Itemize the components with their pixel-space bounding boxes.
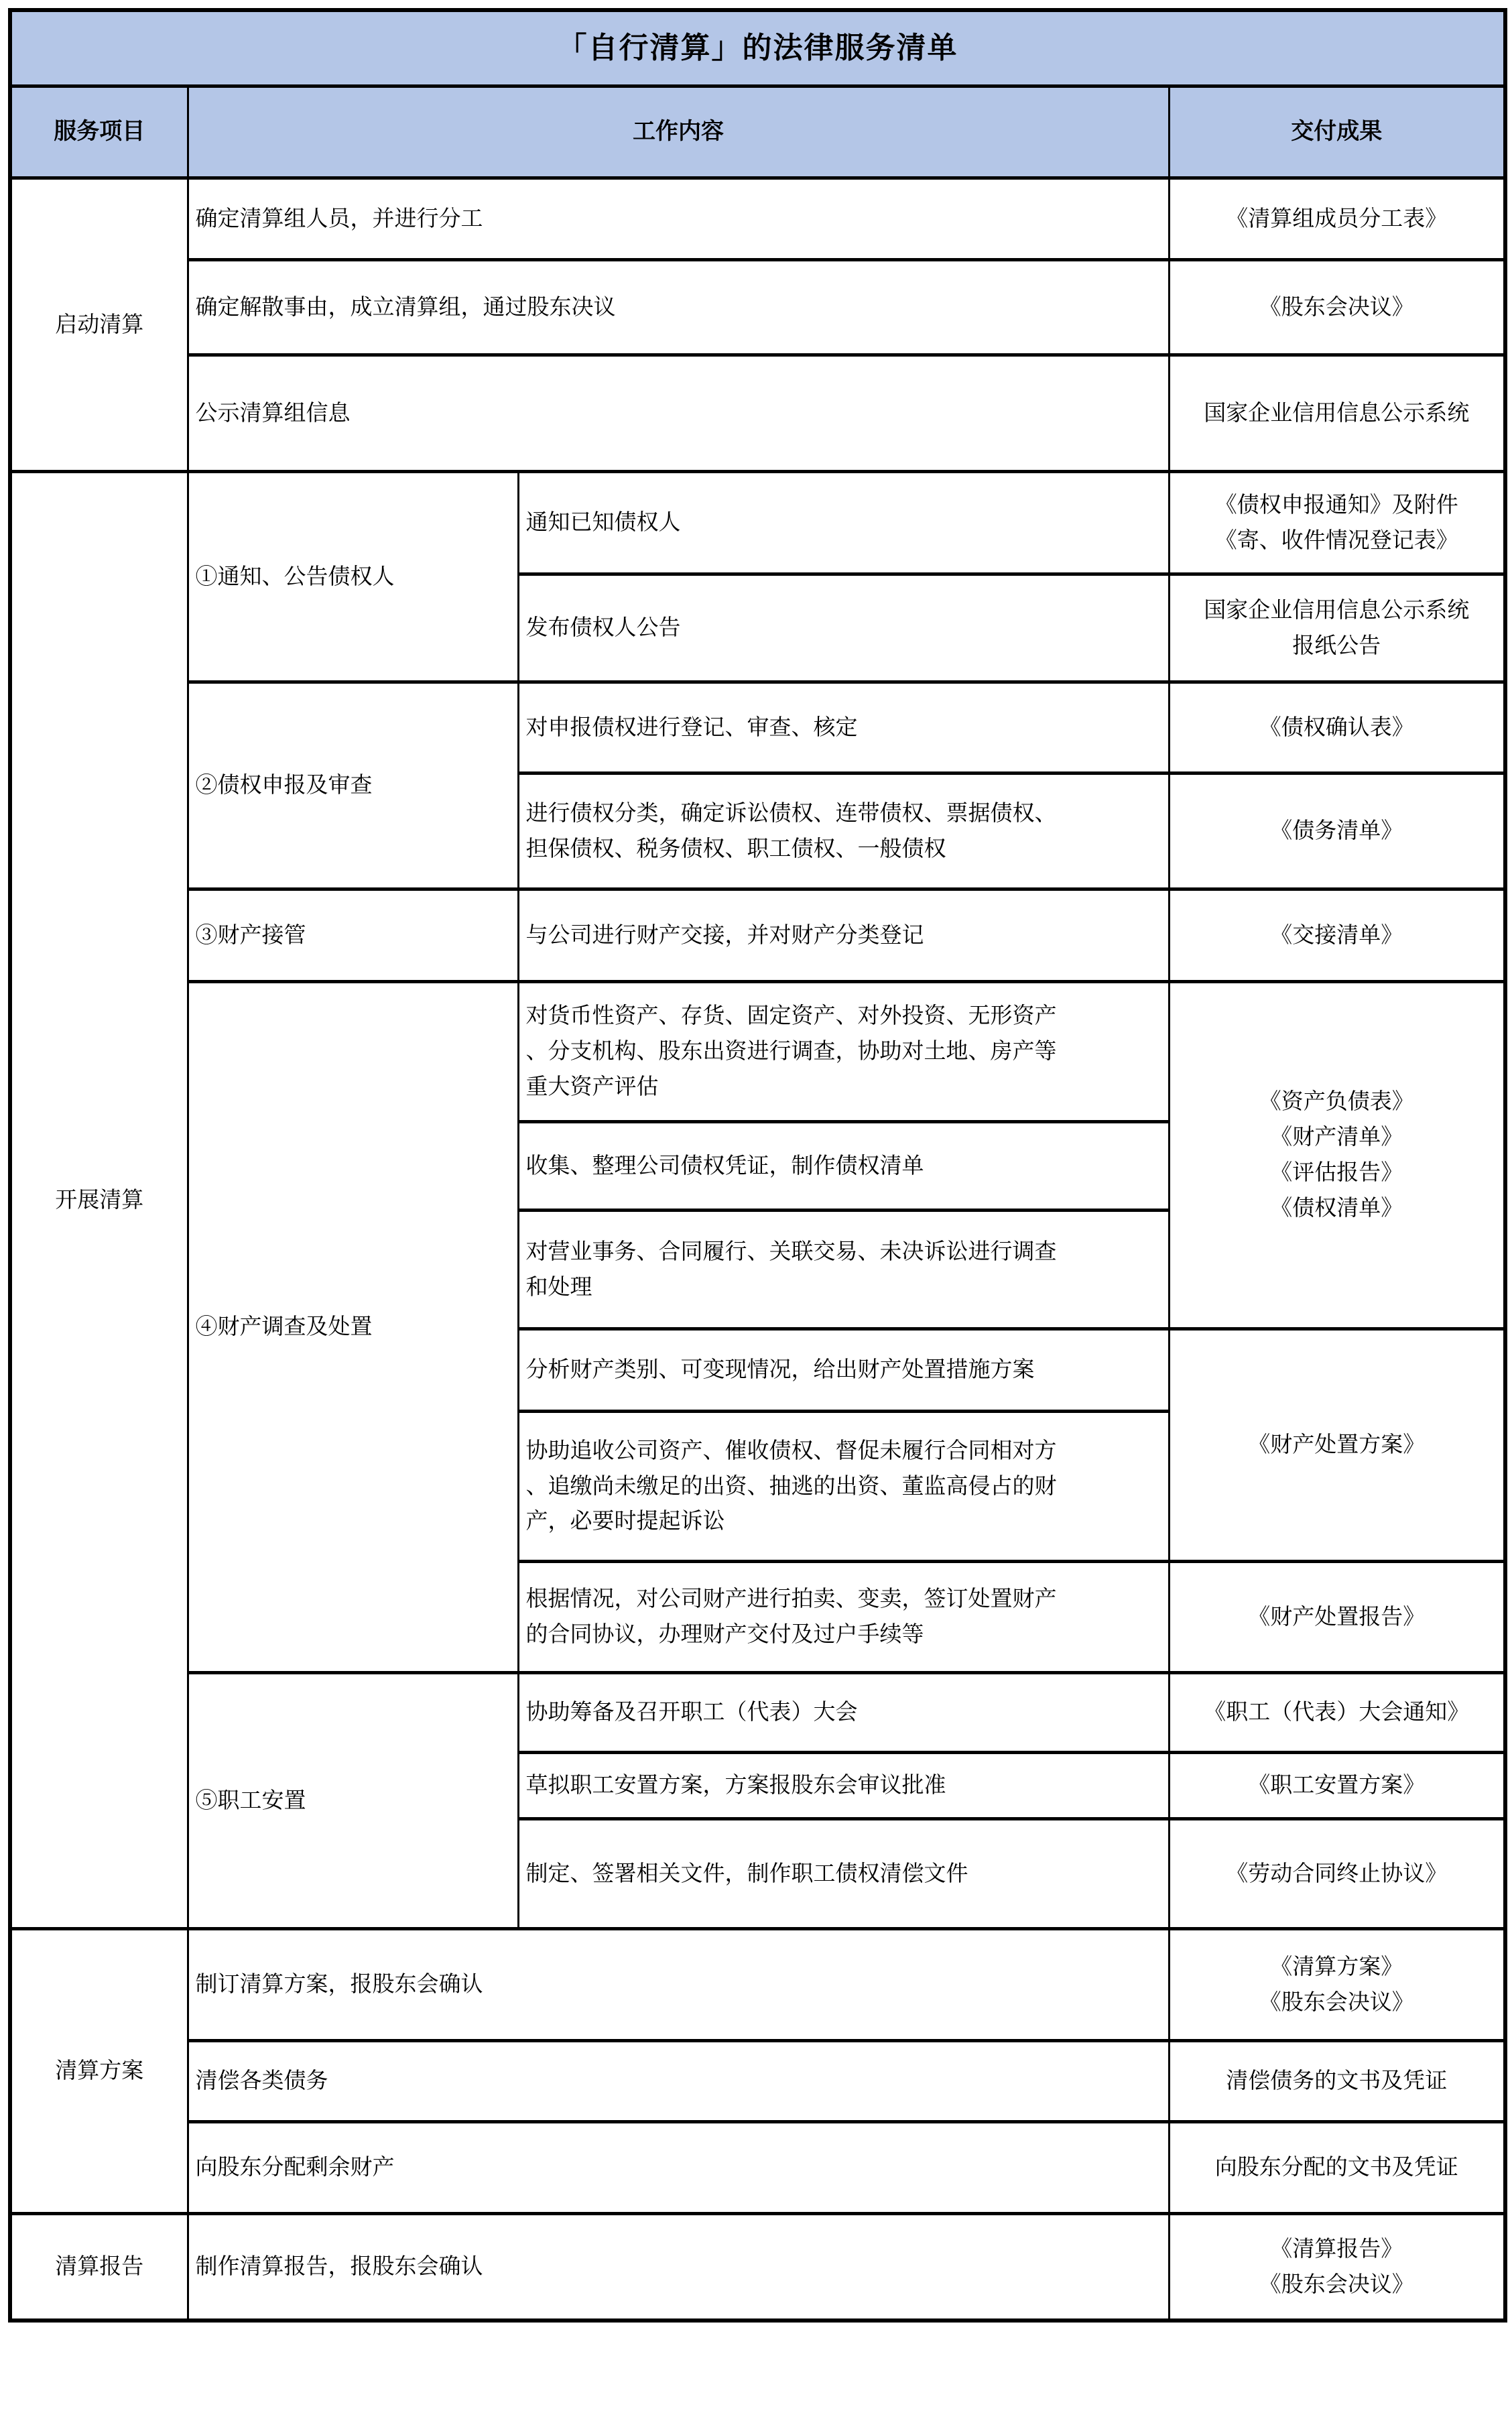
table-row: 清算方案 制订清算方案，报股东会确认 《清算方案》 《股东会决议》 bbox=[10, 1928, 1505, 2040]
header-deliverable-column: 交付成果 bbox=[1169, 86, 1505, 178]
table-row: 清算报告 制作清算报告，报股东会确认 《清算报告》 《股东会决议》 bbox=[10, 2213, 1505, 2321]
header-work-column: 工作内容 bbox=[188, 86, 1169, 178]
deliverable-cell: 《债权确认表》 bbox=[1169, 682, 1505, 773]
deliverable-cell: 《清算报告》 《股东会决议》 bbox=[1169, 2213, 1505, 2321]
subsection-label-cell: ③财产接管 bbox=[188, 889, 518, 981]
table-row: ④财产调查及处置 对货币性资产、存货、固定资产、对外投资、无形资产 、分支机构、… bbox=[10, 981, 1505, 1121]
header-service-column: 服务项目 bbox=[10, 86, 188, 178]
liquidation-checklist-table: 「自行清算」的法律服务清单 服务项目 工作内容 交付成果 启动清算 确定清算组人… bbox=[8, 8, 1507, 2323]
work-cell: 对营业事务、合同履行、关联交易、未决诉讼进行调查 和处理 bbox=[518, 1210, 1169, 1328]
table-row: 清偿各类债务 清偿债务的文书及凭证 bbox=[10, 2040, 1505, 2121]
deliverable-cell: 《财产处置方案》 bbox=[1169, 1328, 1505, 1561]
deliverable-cell: 国家企业信用信息公示系统 报纸公告 bbox=[1169, 574, 1505, 682]
table-row: ③财产接管 与公司进行财产交接，并对财产分类登记 《交接清单》 bbox=[10, 889, 1505, 981]
table-row: 开展清算 ①通知、公告债权人 通知已知债权人 《债权申报通知》及附件 《寄、收件… bbox=[10, 471, 1505, 574]
work-cell: 收集、整理公司债权凭证，制作债权清单 bbox=[518, 1121, 1169, 1210]
work-cell: 公示清算组信息 bbox=[188, 355, 1169, 471]
deliverable-cell: 《资产负债表》 《财产清单》 《评估报告》 《债权清单》 bbox=[1169, 981, 1505, 1328]
work-cell: 与公司进行财产交接，并对财产分类登记 bbox=[518, 889, 1169, 981]
title-row: 「自行清算」的法律服务清单 bbox=[10, 10, 1505, 86]
document-page: 「自行清算」的法律服务清单 服务项目 工作内容 交付成果 启动清算 确定清算组人… bbox=[0, 0, 1512, 2331]
table-row: ②债权申报及审查 对申报债权进行登记、审查、核定 《债权确认表》 bbox=[10, 682, 1505, 773]
work-cell: 协助追收公司资产、催收债权、督促未履行合同相对方 、追缴尚未缴足的出资、抽逃的出… bbox=[518, 1411, 1169, 1561]
work-cell: 制作清算报告，报股东会确认 bbox=[188, 2213, 1169, 2321]
deliverable-cell: 《劳动合同终止协议》 bbox=[1169, 1818, 1505, 1928]
work-cell: 协助筹备及召开职工（代表）大会 bbox=[518, 1672, 1169, 1752]
deliverable-cell: 向股东分配的文书及凭证 bbox=[1169, 2121, 1505, 2213]
deliverable-cell: 《职工安置方案》 bbox=[1169, 1752, 1505, 1818]
table-row: 确定解散事由，成立清算组，通过股东决议 《股东会决议》 bbox=[10, 259, 1505, 355]
work-cell: 发布债权人公告 bbox=[518, 574, 1169, 682]
deliverable-cell: 《交接清单》 bbox=[1169, 889, 1505, 981]
work-cell: 制定、签署相关文件，制作职工债权清偿文件 bbox=[518, 1818, 1169, 1928]
subsection-label-cell: ②债权申报及审查 bbox=[188, 682, 518, 889]
subsection-label-cell: ⑤职工安置 bbox=[188, 1672, 518, 1928]
work-cell: 向股东分配剩余财产 bbox=[188, 2121, 1169, 2213]
header-row: 服务项目 工作内容 交付成果 bbox=[10, 86, 1505, 178]
table-row: ⑤职工安置 协助筹备及召开职工（代表）大会 《职工（代表）大会通知》 bbox=[10, 1672, 1505, 1752]
work-cell: 确定清算组人员，并进行分工 bbox=[188, 178, 1169, 259]
table-row: 启动清算 确定清算组人员，并进行分工 《清算组成员分工表》 bbox=[10, 178, 1505, 259]
deliverable-cell: 清偿债务的文书及凭证 bbox=[1169, 2040, 1505, 2121]
work-cell: 确定解散事由，成立清算组，通过股东决议 bbox=[188, 259, 1169, 355]
service-cell-plan: 清算方案 bbox=[10, 1928, 188, 2213]
work-cell: 进行债权分类，确定诉讼债权、连带债权、票据债权、 担保债权、税务债权、职工债权、… bbox=[518, 773, 1169, 889]
work-cell: 通知已知债权人 bbox=[518, 471, 1169, 574]
work-cell: 制订清算方案，报股东会确认 bbox=[188, 1928, 1169, 2040]
deliverable-cell: 国家企业信用信息公示系统 bbox=[1169, 355, 1505, 471]
service-cell-launch: 启动清算 bbox=[10, 178, 188, 471]
subsection-label-cell: ①通知、公告债权人 bbox=[188, 471, 518, 682]
service-cell-conduct: 开展清算 bbox=[10, 471, 188, 1928]
table-row: 公示清算组信息 国家企业信用信息公示系统 bbox=[10, 355, 1505, 471]
work-cell: 清偿各类债务 bbox=[188, 2040, 1169, 2121]
subsection-label-cell: ④财产调查及处置 bbox=[188, 981, 518, 1672]
work-cell: 草拟职工安置方案，方案报股东会审议批准 bbox=[518, 1752, 1169, 1818]
work-cell: 对申报债权进行登记、审查、核定 bbox=[518, 682, 1169, 773]
work-cell: 对货币性资产、存货、固定资产、对外投资、无形资产 、分支机构、股东出资进行调查，… bbox=[518, 981, 1169, 1121]
deliverable-cell: 《债权申报通知》及附件 《寄、收件情况登记表》 bbox=[1169, 471, 1505, 574]
work-cell: 根据情况，对公司财产进行拍卖、变卖，签订处置财产 的合同协议，办理财产交付及过户… bbox=[518, 1561, 1169, 1672]
table-row: 向股东分配剩余财产 向股东分配的文书及凭证 bbox=[10, 2121, 1505, 2213]
deliverable-cell: 《清算组成员分工表》 bbox=[1169, 178, 1505, 259]
page-title: 「自行清算」的法律服务清单 bbox=[10, 10, 1505, 86]
deliverable-cell: 《清算方案》 《股东会决议》 bbox=[1169, 1928, 1505, 2040]
deliverable-cell: 《股东会决议》 bbox=[1169, 259, 1505, 355]
deliverable-cell: 《债务清单》 bbox=[1169, 773, 1505, 889]
service-cell-report: 清算报告 bbox=[10, 2213, 188, 2321]
deliverable-cell: 《财产处置报告》 bbox=[1169, 1561, 1505, 1672]
work-cell: 分析财产类别、可变现情况，给出财产处置措施方案 bbox=[518, 1328, 1169, 1411]
deliverable-cell: 《职工（代表）大会通知》 bbox=[1169, 1672, 1505, 1752]
